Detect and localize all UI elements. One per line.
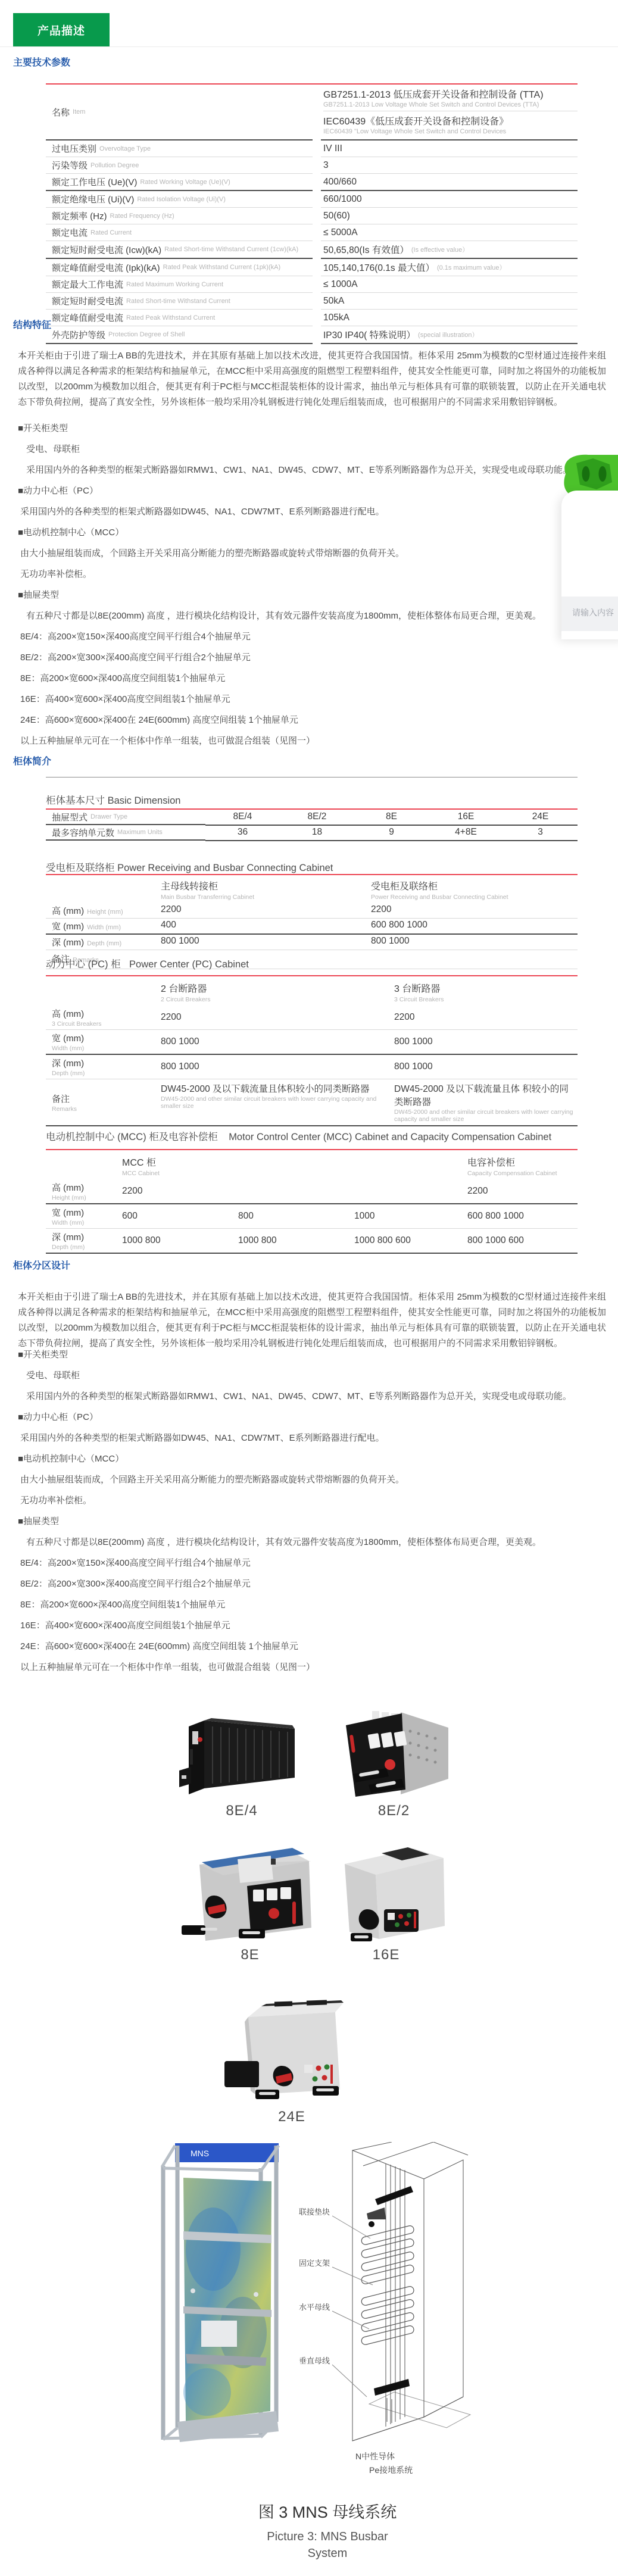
- chat-input[interactable]: [571, 607, 618, 618]
- figure-label-8e: 8E: [182, 1947, 319, 1963]
- max-units: 9: [354, 825, 429, 841]
- table-row: 额定电流Rated Current≤ 5000A: [46, 224, 578, 241]
- row-value: IP30 IP40( 特殊说明）: [323, 328, 416, 341]
- list-item: 16E：高400×宽600×深400高度空间组装1个抽屉单元: [18, 689, 572, 710]
- row-label: 额定峰值耐受电流: [52, 311, 123, 324]
- pc-table: 2 台断路器2 Circuit Breakers 3 台断路器3 Circuit…: [46, 975, 578, 1126]
- list-item: 8E：高200×宽600×深400高度空间组装1个抽屉单元: [18, 1594, 572, 1615]
- col-header: 主母线转接柜: [161, 879, 371, 892]
- table-row: 名称 Item GB7251.1-2013 低压成套开关设备和控制设备 (TTA…: [46, 85, 578, 140]
- power-table-title: 受电柜及联络柜 Power Receiving and Busbar Conne…: [46, 860, 333, 874]
- standard-name: GB7251.1-2013 低压成套开关设备和控制设备 (TTA): [323, 87, 578, 101]
- row-label: 额定短时耐受电流 (Icw)(kA): [52, 243, 161, 256]
- list-item: 8E/2：高200×宽300×深400高度空间平行组合2个抽屉单元: [18, 647, 572, 668]
- max-units: 4+8E: [429, 825, 503, 841]
- cell-value: 1000 800: [238, 1229, 354, 1254]
- row-label: 额定峰值耐受电流 (Ipk)(kA): [52, 261, 160, 274]
- remark-value: DW45-2000 及以下载流量且体 积较小的同类断路器: [394, 1082, 574, 1108]
- row-label: 名称: [52, 106, 70, 118]
- cell-value: 2200: [394, 1006, 578, 1030]
- annotation-neutral-conductor: N中性导体: [355, 2450, 395, 2462]
- table-row: 高 (mm)Height (mm) 2200 2200: [46, 1179, 578, 1204]
- list-item: 采用国内外的各种类型的柜架式断路器如DW45、NA1、CDW7MT、E系列断路器…: [18, 501, 572, 522]
- mns-badge: MNS: [191, 2149, 209, 2158]
- cell-value: 800 1000: [394, 1030, 578, 1055]
- row-value: 400/660: [323, 177, 357, 188]
- list-item: 无功功率补偿柜。: [18, 1490, 572, 1511]
- row-label: 额定工作电压 (Ue)(V): [52, 176, 137, 188]
- figure-label-8e4: 8E/4: [176, 1803, 308, 1819]
- row-value: 3: [323, 160, 329, 171]
- list-item: 24E：高600×宽600×深400在 24E(600mm) 高度空间组装 1个…: [18, 710, 572, 730]
- heading-tech-params: 主要技术参数: [13, 55, 70, 68]
- cell-value: 800: [238, 1204, 354, 1229]
- cell-value: [371, 950, 578, 969]
- power-table: 主母线转接柜Main Busbar Transferring Cabinet 受…: [46, 874, 578, 969]
- cell-value: 2200: [161, 903, 371, 919]
- heading-cabinet-intro: 柜体简介: [13, 754, 51, 767]
- basic-dim-title: 柜体基本尺寸 Basic Dimension: [46, 792, 180, 807]
- table-row: 额定短时耐受电流Rated Short-time Withstand Curre…: [46, 293, 578, 310]
- standard-name: IEC60439《低压成套开关设备和控制设备》: [323, 114, 578, 127]
- image-drawer-8e4: [176, 1713, 308, 1801]
- chat-panel: [561, 491, 618, 639]
- tab-product-description[interactable]: 产品描述: [13, 13, 110, 46]
- row-label: 污染等级: [52, 159, 88, 171]
- list-item: 8E/2：高200×宽300×深400高度空间平行组合2个抽屉单元: [18, 1573, 572, 1594]
- max-units: 3: [503, 825, 578, 841]
- image-busbar-line-art: 联接垫块 固定支架 水平母线 垂直母线: [298, 2142, 476, 2450]
- row-label: 额定电流: [52, 226, 88, 239]
- table-row: 高 (mm)Height (mm) 2200 2200: [46, 903, 578, 919]
- list-item: ■电动机控制中心（MCC）: [18, 522, 572, 543]
- col-header: 3 台断路器: [394, 981, 578, 995]
- list-item: 24E：高600×宽600×深400在 24E(600mm) 高度空间组装 1个…: [18, 1636, 572, 1657]
- table-row: 外壳防护等级Protection Degree of ShellIP30 IP4…: [46, 326, 578, 344]
- list-item: 采用国内外的各种类型的框架式断路器如RMW1、CW1、NA1、DW45、CDW7…: [18, 460, 572, 480]
- cell-value: 800 1000: [371, 935, 578, 950]
- row-value: ≤ 1000A: [323, 279, 358, 290]
- chat-widget[interactable]: [558, 452, 618, 639]
- figure-caption-en2: System: [179, 2547, 476, 2561]
- figure-label-8e2: 8E/2: [335, 1803, 452, 1819]
- product-description-page: 产品描述 主要技术参数 名称 Item GB7251.1-2013 低压成套开关…: [0, 0, 618, 2576]
- cell-value: 1000: [354, 1204, 467, 1229]
- row-label-en: Item: [73, 108, 85, 115]
- cell-value: 800 1000: [161, 1055, 394, 1079]
- row-value: 105,140,176(0.1s 最大值）: [323, 261, 435, 274]
- list-item: ■电动机控制中心（MCC）: [18, 1448, 572, 1469]
- row-value: 660/1000: [323, 194, 362, 205]
- cell-value: 1000 800: [122, 1229, 238, 1254]
- list-item: ■开关柜类型: [18, 418, 572, 439]
- table-row: 备注Remarks DW45-2000 及以下载流量且体积较小的同类断路器DW4…: [46, 1079, 578, 1126]
- cell-value: 800 1000 600: [467, 1229, 578, 1254]
- figure-label-24e: 24E: [224, 2109, 359, 2125]
- annotation-horizontal-busbar: 水平母线: [299, 2303, 330, 2312]
- list-item: 采用国内外的各种类型的柜架式断路器如DW45、NA1、CDW7MT、E系列断路器…: [18, 1428, 572, 1448]
- standard-name-en: GB7251.1-2013 Low Voltage Whole Set Swit…: [323, 101, 578, 108]
- row-label: 过电压类别: [52, 142, 96, 155]
- table-row: 额定频率 (Hz)Rated Frequency (Hz)50(60): [46, 208, 578, 224]
- col-header: 抽屉型式: [52, 811, 88, 823]
- table-row: 宽 (mm)Width (mm) 600 800 1000 600 800 10…: [46, 1204, 578, 1229]
- pc-table-title: 动力中心 (PC) 柜 Power Center (PC) Cabinet: [46, 956, 249, 970]
- table-row: 额定绝缘电压 (Ui)(V)Rated Isolation Voltage (U…: [46, 191, 578, 208]
- table-row: 过电压类别Overvoltage TypeIV III: [46, 140, 578, 157]
- row-label: 外壳防护等级: [52, 329, 105, 341]
- cell-value: 2200: [122, 1179, 467, 1204]
- list-item: 由大小抽屉组装而成，个回路主开关采用高分断能力的塑壳断路器或旋转式带熔断器的负荷…: [18, 1469, 572, 1490]
- cell-value: 400: [161, 919, 371, 935]
- annotation-fixed-bracket: 固定支架: [299, 2259, 330, 2268]
- list-item: ■开关柜类型: [18, 1344, 572, 1365]
- list-item: 由大小抽屉组装而成，个回路主开关采用高分断能力的塑壳断路器或旋转式带熔断器的负荷…: [18, 543, 572, 564]
- list-item: 有五种尺寸都是以8E(200mm) 高度 ，进行模块化结构设计，其有效元器件安装…: [18, 605, 572, 626]
- table-row: 宽 (mm)Width (mm) 800 1000 800 1000: [46, 1030, 578, 1055]
- list-item: 有五种尺寸都是以8E(200mm) 高度 ，进行模块化结构设计，其有效元器件安装…: [18, 1532, 572, 1553]
- table-row: 污染等级Pollution Degree3: [46, 157, 578, 174]
- structure-paragraph: 本开关柜由于引进了瑞士A BB的先进技术，并在其原有基础上加以技术改进，使其更符…: [18, 348, 606, 410]
- list-item: 8E：高200×宽600×深400高度空间组装1个抽屉单元: [18, 668, 572, 689]
- row-label: 最多容纳单元数: [52, 826, 114, 839]
- list-item: 采用国内外的各种类型的框架式断路器如RMW1、CW1、NA1、DW45、CDW7…: [18, 1386, 572, 1407]
- list-item: 8E/4：高200×宽150×深400高度空间平行组合4个抽屉单元: [18, 1553, 572, 1573]
- col-header: 2 台断路器: [161, 981, 394, 995]
- cell-value: 2200: [371, 903, 578, 919]
- mcc-table: MCC 柜MCC Cabinet 电容补偿柜Capacity Compensat…: [46, 1149, 578, 1254]
- cell-value: 600 800 1000: [467, 1204, 578, 1229]
- main-parameter-table: 名称 Item GB7251.1-2013 低压成套开关设备和控制设备 (TTA…: [46, 83, 578, 344]
- max-units: 18: [280, 825, 354, 841]
- table-row: 额定短时耐受电流 (Icw)(kA)Rated Short-time Withs…: [46, 241, 578, 259]
- figure-caption: 图 3 MNS 母线系统: [179, 2499, 476, 2522]
- chat-input-area[interactable]: [561, 597, 618, 631]
- table-header-row: 主母线转接柜Main Busbar Transferring Cabinet 受…: [46, 875, 578, 903]
- drawer-type: 8E/4: [205, 809, 280, 826]
- list-item: ■抽屉类型: [18, 585, 572, 605]
- heading-partition: 柜体分区设计: [13, 1258, 70, 1272]
- table-header-row: MCC 柜MCC Cabinet 电容补偿柜Capacity Compensat…: [46, 1150, 578, 1179]
- table-header-row: 2 台断路器2 Circuit Breakers 3 台断路器3 Circuit…: [46, 976, 578, 1006]
- row-value: 50,65,80(Is 有效值）: [323, 243, 409, 256]
- standard-name-en: IEC60439 "Low Voltage Whole Set Switch a…: [323, 128, 578, 135]
- row-label: 额定频率 (Hz): [52, 210, 107, 222]
- list-item: 8E/4：高200×宽150×深400高度空间平行组合4个抽屉单元: [18, 626, 572, 647]
- max-units: 36: [205, 825, 280, 841]
- col-header: 电容补偿柜: [467, 1155, 578, 1169]
- table-row: 最多容纳单元数Maximum Units 36 18 9 4+8E 3: [46, 825, 578, 841]
- list-item: 受电、母联柜: [18, 439, 572, 460]
- table-row: 额定最大工作电流Rated Maximum Working Current≤ 1…: [46, 276, 578, 293]
- row-label: 额定最大工作电流: [52, 278, 123, 291]
- col-header: 受电柜及联络柜: [371, 879, 578, 892]
- tab-underline: [0, 46, 618, 47]
- image-drawer-8e: [182, 1841, 319, 1946]
- image-drawer-8e2: [335, 1710, 452, 1801]
- structure-item-list: ■开关柜类型 受电、母联柜 采用国内外的各种类型的框架式断路器如RMW1、CW1…: [18, 418, 572, 751]
- list-item: 16E：高400×宽600×深400高度空间组装1个抽屉单元: [18, 1615, 572, 1636]
- figure-caption-en: Picture 3: MNS Busbar: [179, 2530, 476, 2544]
- row-value: 50(60): [323, 211, 350, 221]
- partition-paragraph: 本开关柜由于引进了瑞士A BB的先进技术，并在其原有基础上加以技术改进，使其更符…: [18, 1289, 606, 1351]
- mcc-table-title: 电动机控制中心 (MCC) 柜及电容补偿柜 Motor Control Cent…: [46, 1129, 551, 1143]
- cell-value: 2200: [467, 1179, 578, 1204]
- row-value: 50kA: [323, 296, 344, 307]
- table-row: 深 (mm)Depth (mm) 1000 800 1000 800 1000 …: [46, 1229, 578, 1254]
- drawer-type: 16E: [429, 809, 503, 826]
- row-value: 105kA: [323, 313, 349, 323]
- remark-value: DW45-2000 及以下载流量且体积较小的同类断路器: [161, 1082, 386, 1095]
- image-mns-frame-photo: MNS: [154, 2142, 294, 2449]
- annotation-vertical-busbar: 垂直母线: [299, 2356, 330, 2365]
- list-item: ■抽屉类型: [18, 1511, 572, 1532]
- row-value: ≤ 5000A: [323, 227, 358, 238]
- list-item: ■动力中心柜（PC）: [18, 480, 572, 501]
- cell-value: 800 1000: [394, 1055, 578, 1079]
- image-drawer-24e: [224, 1996, 359, 2107]
- figure-label-16e: 16E: [324, 1947, 448, 1963]
- section-divider: [46, 777, 578, 778]
- list-item: ■动力中心柜（PC）: [18, 1407, 572, 1428]
- image-drawer-16e: [324, 1843, 448, 1947]
- table-row: 高 (mm)3 Circuit Breakers 2200 2200: [46, 1006, 578, 1030]
- basic-dim-table: 抽屉型式Drawer Type 8E/4 8E/2 8E 16E 24E 最多容…: [46, 808, 578, 841]
- list-item: 受电、母联柜: [18, 1365, 572, 1386]
- cell-value: 800 1000: [161, 935, 371, 950]
- drawer-type: 8E/2: [280, 809, 354, 826]
- table-row: 深 (mm)Depth (mm) 800 1000 800 1000: [46, 1055, 578, 1079]
- heading-structure: 结构特征: [13, 317, 51, 331]
- cell-value: 1000 800 600: [354, 1229, 467, 1254]
- list-item: 无功功率补偿柜。: [18, 564, 572, 585]
- cell-value: 600 800 1000: [371, 919, 578, 935]
- annotation-connecting-pad: 联接垫块: [299, 2207, 330, 2216]
- table-row: 额定峰值耐受电流 (Ipk)(kA)Rated Peak Withstand C…: [46, 259, 578, 276]
- list-item: 以上五种抽屉单元可在一个柜体中作单一组装，也可做混合组装（见图一）: [18, 1657, 572, 1678]
- cell-value: 2200: [161, 1006, 394, 1030]
- row-label: 额定短时耐受电流: [52, 295, 123, 307]
- drawer-type: 24E: [503, 809, 578, 826]
- annotation-pe-ground: Pe接地系统: [369, 2464, 413, 2476]
- partition-item-list: ■开关柜类型 受电、母联柜 采用国内外的各种类型的框架式断路器如RMW1、CW1…: [18, 1344, 572, 1678]
- table-row: 额定工作电压 (Ue)(V)Rated Working Voltage (Ue)…: [46, 174, 578, 191]
- table-row: 抽屉型式Drawer Type 8E/4 8E/2 8E 16E 24E: [46, 810, 578, 825]
- list-item: 以上五种抽屉单元可在一个柜体中作单一组装，也可做混合组装（见图一）: [18, 730, 572, 751]
- cell-value: 600: [122, 1204, 238, 1229]
- table-row: 额定峰值耐受电流Rated Peak Withstand Current105k…: [46, 310, 578, 326]
- row-label: 额定绝缘电压 (Ui)(V): [52, 193, 134, 205]
- drawer-type: 8E: [354, 809, 429, 826]
- table-row: 深 (mm)Depth (mm) 800 1000 800 1000: [46, 935, 578, 950]
- row-value: IV III: [323, 143, 342, 154]
- col-header: MCC 柜: [122, 1155, 467, 1169]
- table-row: 宽 (mm)Width (mm) 400 600 800 1000: [46, 919, 578, 935]
- cell-value: 800 1000: [161, 1030, 394, 1055]
